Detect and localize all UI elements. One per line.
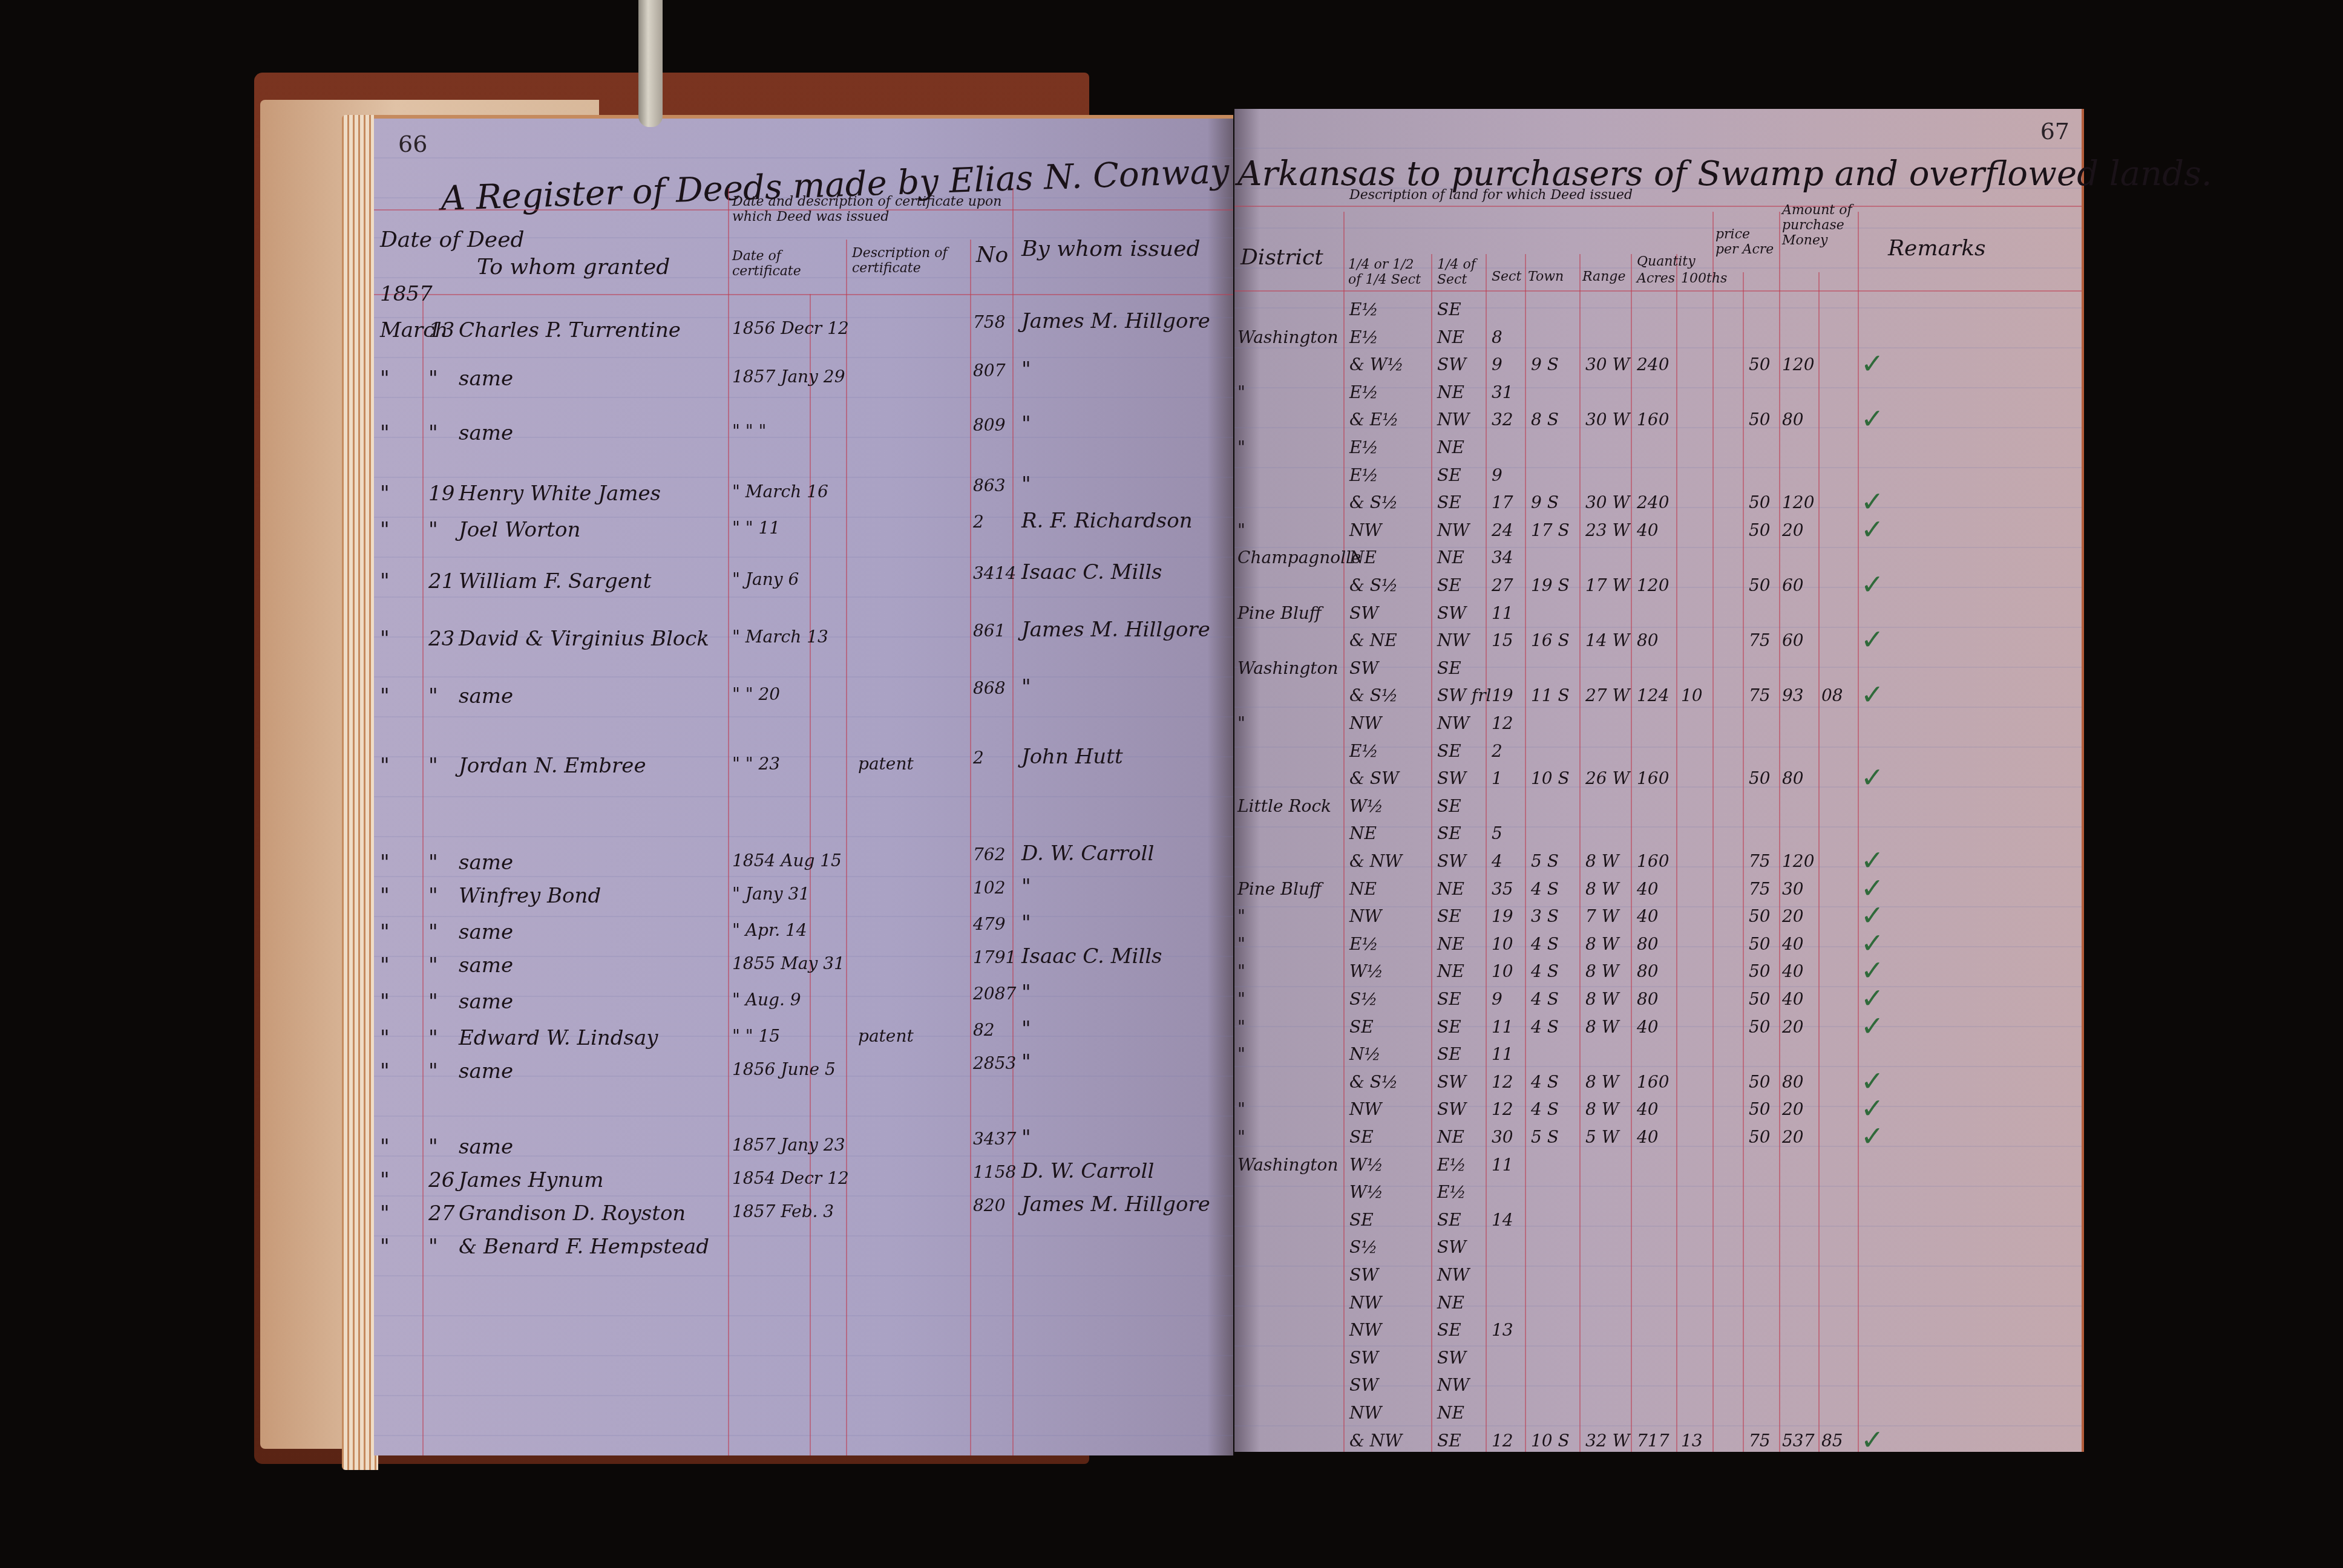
range: 26 W [1585,768,1630,788]
grantee-name: Henry White James [459,482,661,506]
acres: 80 [1637,989,1659,1009]
section: 10 [1492,934,1513,954]
header-date-of-deed: Date of Deed [380,227,525,252]
township: 8 S [1531,410,1559,430]
range: 30 W [1585,410,1630,430]
section: 12 [1492,1099,1513,1119]
part-of-quarter: NW [1349,520,1381,540]
deed-day: " [428,884,438,908]
acres: 160 [1637,768,1669,788]
quarter-section: NW [1437,410,1469,430]
column-rule [1579,254,1581,1452]
section: 17 [1492,492,1513,512]
range: 14 W [1585,630,1630,650]
acres: 124 [1637,685,1669,705]
certificate-date: " March 16 [732,482,828,501]
part-of-quarter: & S½ [1349,685,1398,705]
section: 24 [1492,520,1513,540]
certificate-date: 1854 Aug 15 [732,851,842,871]
part-of-quarter: N½ [1349,1044,1381,1064]
issued-by: R. F. Richardson [1021,509,1193,533]
range: 8 W [1585,1099,1619,1119]
district: Pine Bluff [1237,879,1322,899]
district: " [1237,961,1245,981]
deed-day: 13 [428,318,454,342]
district: Champagnolle [1237,547,1362,567]
price-per-acre: 75 [1749,685,1771,705]
certificate-date: " Aug. 9 [732,990,801,1010]
deed-month: " [380,569,390,593]
quarter-section: NE [1437,327,1464,347]
page-number-right: 67 [2040,118,2069,145]
range: 23 W [1585,520,1630,540]
certificate-date: " " 11 [732,518,780,538]
amount-dollars: 40 [1782,961,1804,981]
left-page: 66 A Register of Deeds made by Elias N. … [374,115,1233,1455]
deed-month: " [380,421,390,445]
township: 9 S [1531,354,1559,374]
certificate-description: patent [858,754,914,774]
quarter-section: SW [1437,603,1466,623]
price-per-acre: 50 [1749,768,1771,788]
district: " [1237,713,1245,733]
range: 8 W [1585,961,1619,981]
section: 4 [1492,851,1502,871]
deed-day: " [428,953,438,978]
deed-day: " [428,518,438,542]
column-rule [728,188,729,1455]
quarter-section: NE [1437,879,1464,899]
grantee-name: David & Virginius Block [459,627,709,651]
amount-dollars: 93 [1782,685,1804,705]
range: 5 W [1585,1127,1619,1147]
checkmark-icon: ✓ [1861,761,1884,794]
quarter-section: NW [1437,1375,1469,1395]
part-of-quarter: W½ [1349,961,1383,981]
section: 11 [1492,1044,1513,1064]
issued-by: " [1021,875,1031,899]
amount-dollars: 60 [1782,630,1804,650]
amount-cents: 08 [1821,685,1843,705]
deed-day: 23 [428,627,454,651]
header-quarter-of-section: 1/4 of Sect [1437,257,1486,287]
amount-dollars: 80 [1782,768,1804,788]
checkmark-icon: ✓ [1861,1010,1884,1042]
township: 9 S [1531,492,1559,512]
grantee-name: Edward W. Lindsay [459,1026,658,1050]
quarter-section: SW [1437,354,1466,374]
certificate-date: " " 15 [732,1026,780,1046]
acres-hundredths: 13 [1681,1431,1703,1451]
part-of-quarter: & NW [1349,851,1402,871]
price-per-acre: 50 [1749,1017,1771,1037]
certificate-date: " Apr. 14 [732,920,807,940]
acres: 40 [1637,1017,1659,1037]
township: 4 S [1531,1017,1559,1037]
part-of-quarter: SW [1349,1375,1378,1395]
part-of-quarter: S½ [1349,989,1377,1009]
certificate-date: " March 13 [732,627,828,647]
part-of-quarter: W½ [1349,1182,1383,1202]
range: 8 W [1585,989,1619,1009]
quarter-section: SE [1437,906,1461,926]
amount-dollars: 80 [1782,1072,1804,1092]
quarter-section: NE [1437,1127,1464,1147]
quarter-section: SW frl [1437,685,1492,705]
price-per-acre: 50 [1749,354,1771,374]
part-of-quarter: E½ [1349,741,1378,761]
rule [374,294,1233,295]
header-acres: Acres [1637,271,1675,286]
section: 12 [1492,1431,1513,1451]
township: 3 S [1531,906,1559,926]
quarter-section: SW [1437,1237,1466,1257]
issued-by: James M. Hillgore [1021,309,1210,333]
price-per-acre: 75 [1749,879,1771,899]
certificate-number: 2 [973,512,984,532]
acres: 160 [1637,1072,1669,1092]
quarter-section: NE [1437,382,1464,402]
header-land-group: Description of land for which Deed issue… [1349,188,1633,203]
section: 8 [1492,327,1502,347]
part-of-quarter: NW [1349,906,1381,926]
acres: 240 [1637,492,1669,512]
district: " [1237,382,1245,402]
section: 31 [1492,382,1513,402]
part-of-quarter: NW [1349,1293,1381,1313]
grantee-name: Joel Worton [459,518,580,542]
part-of-quarter: & NE [1349,630,1397,650]
part-of-quarter: SW [1349,1348,1378,1368]
township: 4 S [1531,961,1559,981]
acres: 80 [1637,934,1659,954]
grantee-name: William F. Sargent [459,569,651,593]
header-sect: Sect [1492,269,1521,284]
column-rule [1431,254,1432,1452]
part-of-quarter: NW [1349,1320,1381,1340]
township: 5 S [1531,851,1559,871]
acres: 40 [1637,1127,1659,1147]
deed-day: " [428,754,438,778]
quarter-section: SE [1437,492,1461,512]
header-by-whom-issued: By whom issued [1021,237,1201,261]
checkmark-icon: ✓ [1861,1423,1884,1456]
deed-day: 26 [428,1168,454,1192]
amount-dollars: 120 [1782,492,1814,512]
checkmark-icon: ✓ [1861,678,1884,711]
amount-dollars: 120 [1782,851,1814,871]
certificate-number: 861 [973,621,1005,641]
section: 11 [1492,1155,1513,1175]
acres: 160 [1637,851,1669,871]
quarter-section: SE [1437,1044,1461,1064]
part-of-quarter: NE [1349,879,1377,899]
quarter-section: NE [1437,437,1464,457]
quarter-section: SE [1437,1210,1461,1230]
amount-dollars: 20 [1782,1127,1804,1147]
part-of-quarter: E½ [1349,327,1378,347]
part-of-quarter: E½ [1349,299,1378,319]
certificate-number: 1791 [973,947,1016,967]
part-of-quarter: NW [1349,1403,1381,1423]
certificate-number: 2 [973,748,984,768]
issued-by: " [1021,911,1031,935]
part-of-quarter: NW [1349,713,1381,733]
certificate-description: patent [858,1026,914,1046]
checkmark-icon: ✓ [1861,568,1884,601]
district: Washington [1237,327,1339,347]
issued-by: " [1021,412,1031,436]
district: " [1237,934,1245,954]
section: 32 [1492,410,1513,430]
column-rule [1343,212,1345,1452]
deed-month: " [380,920,390,944]
certificate-date: " Jany 6 [732,569,799,589]
district: " [1237,1099,1245,1119]
township: 4 S [1531,989,1559,1009]
column-rule [422,294,424,1455]
column-rule [810,294,811,1455]
certificate-number: 758 [973,312,1005,332]
header-hundredths: 100ths [1681,271,1727,286]
section: 11 [1492,1017,1513,1037]
grantee-name: Winfrey Bond [459,884,601,908]
acres: 80 [1637,961,1659,981]
quarter-section: SE [1437,299,1461,319]
issued-by: D. W. Carroll [1021,841,1154,866]
certificate-date: 1857 Feb. 3 [732,1201,834,1221]
amount-dollars: 20 [1782,1099,1804,1119]
quarter-section: SE [1437,1431,1461,1451]
township: 11 S [1531,685,1570,705]
deed-day: " [428,1235,438,1259]
deed-month: " [380,1235,390,1259]
range: 17 W [1585,575,1630,595]
quarter-section: NE [1437,961,1464,981]
issued-by: Isaac C. Mills [1021,560,1162,584]
quarter-section: SE [1437,796,1461,816]
quarter-section: SE [1437,465,1461,485]
deed-month: " [380,990,390,1014]
price-per-acre: 75 [1749,630,1771,650]
checkmark-icon: ✓ [1861,623,1884,656]
certificate-date: " Jany 31 [732,884,810,904]
certificate-number: 820 [973,1195,1005,1215]
grantee-name: same [459,684,513,708]
price-per-acre: 50 [1749,934,1771,954]
deed-day: " [428,1135,438,1159]
township: 4 S [1531,879,1559,899]
certificate-number: 2853 [973,1053,1016,1073]
checkmark-icon: ✓ [1861,513,1884,546]
section: 12 [1492,1072,1513,1092]
header-amount-of-purchase-money: Amount of purchase Money [1782,203,1855,248]
certificate-date: 1854 Decr 12 [732,1168,849,1188]
column-rule [1676,254,1677,1452]
price-per-acre: 75 [1749,1431,1771,1451]
issued-by: " [1021,472,1031,497]
header-description-of-certificate: Description of certificate [852,246,967,276]
deed-day: " [428,1026,438,1050]
deed-month: " [380,851,390,875]
certificate-number: 1158 [973,1162,1016,1182]
part-of-quarter: SE [1349,1210,1374,1230]
district: Little Rock [1237,796,1331,816]
grantee-name: same [459,1135,513,1159]
acres: 40 [1637,906,1659,926]
part-of-quarter: E½ [1349,934,1378,954]
part-of-quarter: E½ [1349,382,1378,402]
section: 10 [1492,961,1513,981]
grantee-name: same [459,367,513,391]
section: 34 [1492,547,1513,567]
certificate-number: 3414 [973,563,1016,583]
price-per-acre: 50 [1749,961,1771,981]
quarter-section: NW [1437,630,1469,650]
issued-by: D. W. Carroll [1021,1159,1154,1183]
grantee-name: same [459,920,513,944]
district: Pine Bluff [1237,603,1322,623]
price-per-acre: 50 [1749,989,1771,1009]
amount-dollars: 537 [1782,1431,1814,1451]
part-of-quarter: NE [1349,823,1377,843]
section: 30 [1492,1127,1513,1147]
section: 9 [1492,465,1502,485]
page-number-left: 66 [398,131,427,157]
header-range: Range [1582,269,1625,284]
quarter-section: NW [1437,713,1469,733]
district: Washington [1237,1155,1339,1175]
acres-hundredths: 10 [1681,685,1703,705]
acres: 40 [1637,879,1659,899]
certificate-number: 863 [973,475,1005,495]
range: 7 W [1585,906,1619,926]
grantee-name: same [459,421,513,445]
issued-by: " [1021,1050,1031,1074]
grantee-name: Grandison D. Royston [459,1201,686,1226]
deed-month: " [380,953,390,978]
part-of-quarter: SW [1349,603,1378,623]
section: 14 [1492,1210,1513,1230]
rule [1234,206,2082,207]
grantee-name: Jordan N. Embree [459,754,646,778]
district: " [1237,1017,1245,1037]
deed-month: " [380,627,390,651]
header-to-whom-granted: To whom granted [477,255,670,279]
certificate-date: 1856 June 5 [732,1059,836,1079]
part-of-quarter: SE [1349,1017,1374,1037]
column-rule [1525,254,1526,1452]
acres: 717 [1637,1431,1669,1451]
certificate-date: 1857 Jany 29 [732,367,845,387]
quarter-section: SE [1437,1320,1461,1340]
quarter-section: SE [1437,989,1461,1009]
deed-day: " [428,920,438,944]
section: 19 [1492,685,1513,705]
part-of-quarter: & SW [1349,768,1399,788]
certificate-number: 102 [973,878,1005,898]
checkmark-icon: ✓ [1861,1120,1884,1152]
amount-dollars: 20 [1782,1017,1804,1037]
header-district: District [1240,245,1323,270]
deed-month: " [380,1026,390,1050]
deed-day: " [428,990,438,1014]
range: 27 W [1585,685,1630,705]
grantee-name: same [459,990,513,1014]
township: 19 S [1531,575,1570,595]
range: 8 W [1585,1072,1619,1092]
rule [1234,290,2082,292]
checkmark-icon: ✓ [1861,347,1884,380]
quarter-section: NE [1437,934,1464,954]
quarter-section: NW [1437,1265,1469,1285]
header-quantity: Quantity [1637,254,1696,269]
deed-month: " [380,754,390,778]
deed-month: " [380,1059,390,1083]
certificate-number: 82 [973,1020,995,1040]
price-per-acre: 50 [1749,520,1771,540]
quarter-section: SE [1437,741,1461,761]
price-per-acre: 50 [1749,492,1771,512]
issued-by: " [1021,981,1031,1005]
quarter-section: SW [1437,1099,1466,1119]
certificate-date: " " " [732,421,766,441]
acres: 240 [1637,354,1669,374]
grantee-name: Charles P. Turrentine [459,318,681,342]
part-of-quarter: & S½ [1349,492,1398,512]
section: 2 [1492,741,1502,761]
quarter-section: SE [1437,575,1461,595]
deed-month: " [380,884,390,908]
grantee-name: same [459,953,513,978]
part-of-quarter: & S½ [1349,1072,1398,1092]
deed-month: " [380,1135,390,1159]
deed-day: " [428,421,438,445]
price-per-acre: 50 [1749,575,1771,595]
range: 8 W [1585,851,1619,871]
quarter-section: SE [1437,658,1461,678]
column-rule [1779,212,1780,1452]
deed-day: 19 [428,482,454,506]
acres: 160 [1637,410,1669,430]
township: 10 S [1531,1431,1570,1451]
township: 16 S [1531,630,1570,650]
deed-day: " [428,684,438,708]
range: 8 W [1585,1017,1619,1037]
part-of-quarter: SW [1349,1265,1378,1285]
range: 30 W [1585,354,1630,374]
township: 4 S [1531,1099,1559,1119]
deed-month: " [380,684,390,708]
quarter-section: SW [1437,1348,1466,1368]
column-rule [846,240,847,1455]
part-of-quarter: & NW [1349,1431,1402,1451]
amount-dollars: 60 [1782,575,1804,595]
amount-dollars: 80 [1782,410,1804,430]
certificate-number: 868 [973,678,1005,698]
certificate-date: 1857 Jany 23 [732,1135,845,1155]
column-rule [970,240,971,1455]
quarter-section: NE [1437,1403,1464,1423]
issued-by: " [1021,675,1031,699]
part-of-quarter: W½ [1349,1155,1383,1175]
price-per-acre: 50 [1749,1099,1771,1119]
district: " [1237,989,1245,1009]
section: 9 [1492,354,1502,374]
part-of-quarter: & E½ [1349,410,1398,430]
section: 15 [1492,630,1513,650]
grantee-name: same [459,851,513,875]
